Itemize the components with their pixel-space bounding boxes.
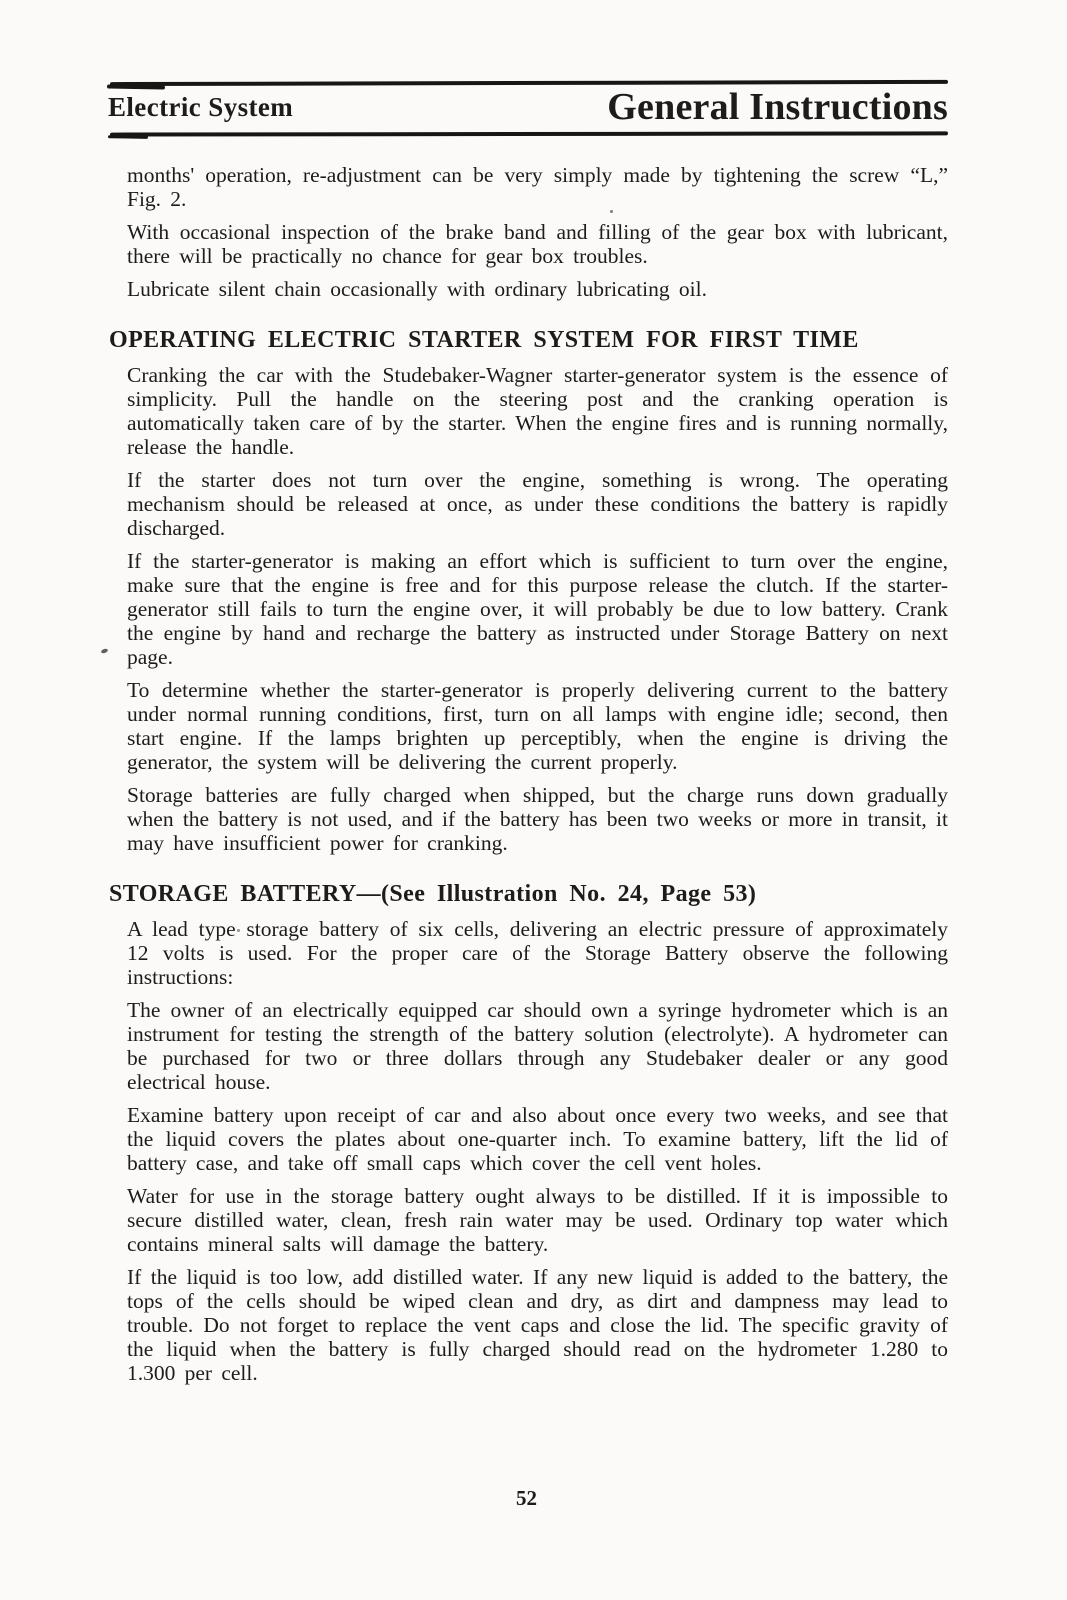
page-body-text: months' operation, re-adjustment can be … [127,163,948,1394]
body-paragraph: Storage batteries are fully charged when… [127,783,948,855]
body-paragraph: Cranking the car with the Studebaker-Wag… [127,363,948,459]
scan-speck [101,648,109,654]
body-paragraph: If the starter-generator is making an ef… [127,549,948,669]
body-paragraph: To determine whether the starter-generat… [127,678,948,774]
body-paragraph: Lubricate silent chain occasionally with… [127,277,948,301]
section-heading: OPERATING ELECTRIC STARTER SYSTEM FOR FI… [109,326,948,354]
body-paragraph: months' operation, re-adjustment can be … [127,163,948,211]
body-paragraph: Water for use in the storage battery oug… [127,1184,948,1256]
body-paragraph: With occasional inspection of the brake … [127,220,948,268]
running-header-section-title: Electric System [108,92,293,123]
running-header-chapter-title: General Instructions [607,85,948,129]
body-paragraph: Examine battery upon receipt of car and … [127,1103,948,1175]
body-paragraph: The owner of an electrically equipped ca… [127,998,948,1094]
scan-speck [610,210,613,213]
header-rule-bottom [110,131,948,136]
page-number: 52 [0,1486,1060,1511]
section-heading: STORAGE BATTERY—(See Illustration No. 24… [109,880,948,908]
scan-speck [237,929,240,932]
scanned-manual-page: Electric System General Instructions mon… [0,0,1067,1600]
body-paragraph: If the starter does not turn over the en… [127,468,948,540]
body-paragraph: If the liquid is too low, add distilled … [127,1265,948,1385]
body-paragraph: A lead type storage battery of six cells… [127,917,948,989]
